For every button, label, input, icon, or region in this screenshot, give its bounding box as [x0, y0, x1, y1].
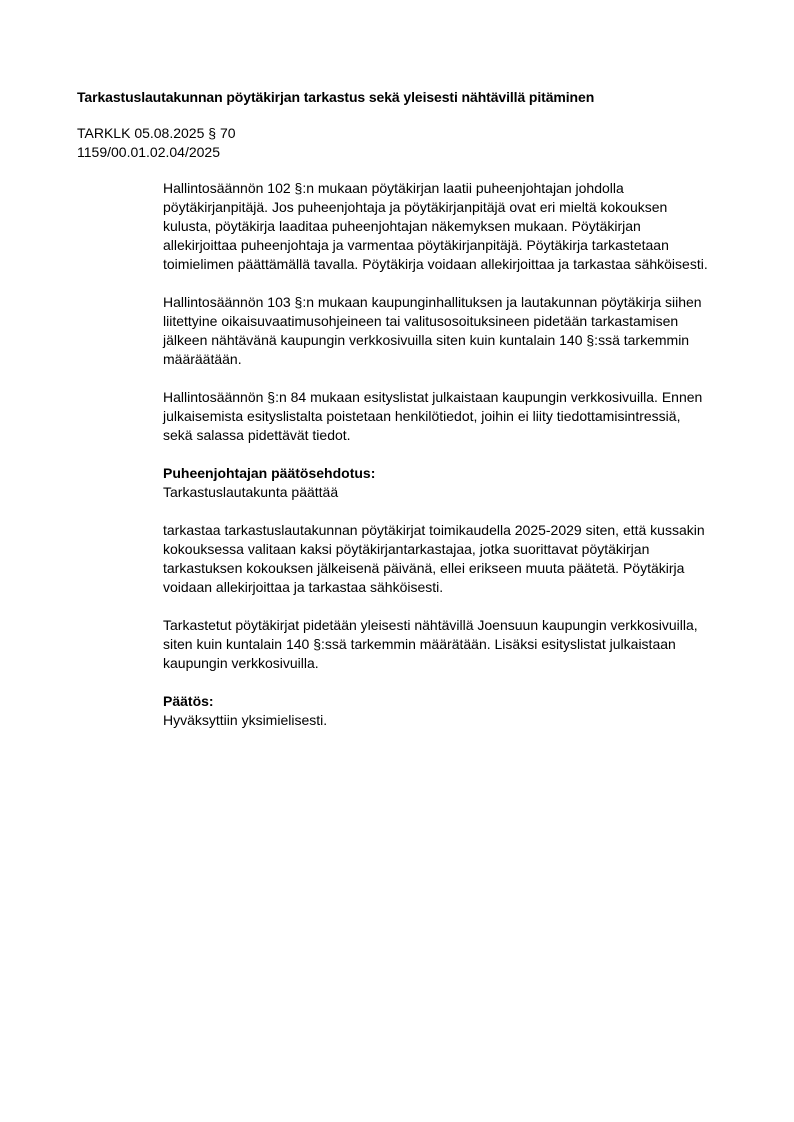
- text-line: liitettyine oikaisuvaatimusohjeineen tai…: [163, 312, 743, 331]
- paragraph-rules-103: Hallintosäännön 103 §:n mukaan kaupungin…: [163, 293, 743, 369]
- text-line: julkaisemista esityslistalta poistetaan …: [163, 407, 743, 426]
- text-line: siten kuin kuntalain 140 §:ssä tarkemmin…: [163, 635, 743, 654]
- decision-text: Hyväksyttiin yksimielisesti.: [163, 711, 743, 730]
- text-line: Hallintosäännön 102 §:n mukaan pöytäkirj…: [163, 179, 743, 198]
- text-line: määräätään.: [163, 350, 743, 369]
- text-line: kaupungin verkkosivuilla.: [163, 654, 743, 673]
- decision-section: Päätös: Hyväksyttiin yksimielisesti.: [163, 692, 743, 730]
- text-line: toimielimen päättämällä tavalla. Pöytäki…: [163, 255, 743, 274]
- paragraph-rules-84: Hallintosäännön §:n 84 mukaan esityslist…: [163, 388, 743, 445]
- text-line: kokouksessa valitaan kaksi pöytäkirjanta…: [163, 540, 743, 559]
- paragraph-rules-102: Hallintosäännön 102 §:n mukaan pöytäkirj…: [163, 179, 743, 274]
- proposal-paragraph-1: tarkastaa tarkastuslautakunnan pöytäkirj…: [163, 521, 743, 597]
- meeting-reference: TARKLK 05.08.2025 § 70: [77, 124, 236, 143]
- text-line: tarkastaa tarkastuslautakunnan pöytäkirj…: [163, 521, 743, 540]
- text-line: sekä salassa pidettävät tiedot.: [163, 426, 743, 445]
- proposal-heading: Puheenjohtajan päätösehdotus:: [163, 464, 743, 483]
- document-body: Hallintosäännön 102 §:n mukaan pöytäkirj…: [163, 179, 743, 749]
- proposal-paragraph-2: Tarkastetut pöytäkirjat pidetään yleises…: [163, 616, 743, 673]
- text-line: tarkastuksen kokouksen jälkeisenä päivän…: [163, 559, 743, 578]
- decision-heading: Päätös:: [163, 692, 743, 711]
- text-line: pöytäkirjanpitäjä. Jos puheenjohtaja ja …: [163, 198, 743, 217]
- text-line: kulusta, pöytäkirja laaditaa puheenjohta…: [163, 217, 743, 236]
- text-line: Hallintosäännön 103 §:n mukaan kaupungin…: [163, 293, 743, 312]
- document-page: Tarkastuslautakunnan pöytäkirjan tarkast…: [0, 0, 794, 1122]
- text-line: Tarkastetut pöytäkirjat pidetään yleises…: [163, 616, 743, 635]
- text-line: Hallintosäännön §:n 84 mukaan esityslist…: [163, 388, 743, 407]
- text-line: allekirjoittaa puheenjohtaja ja varmenta…: [163, 236, 743, 255]
- proposal-section: Puheenjohtajan päätösehdotus: Tarkastusl…: [163, 464, 743, 502]
- text-line: jälkeen nähtävänä kaupungin verkkosivuil…: [163, 331, 743, 350]
- proposal-intro: Tarkastuslautakunta päättää: [163, 483, 743, 502]
- record-id: 1159/00.01.02.04/2025: [77, 143, 236, 162]
- document-meta: TARKLK 05.08.2025 § 70 1159/00.01.02.04/…: [77, 124, 236, 162]
- text-line: voidaan allekirjoittaa ja tarkastaa sähk…: [163, 578, 743, 597]
- document-title: Tarkastuslautakunnan pöytäkirjan tarkast…: [77, 89, 594, 105]
